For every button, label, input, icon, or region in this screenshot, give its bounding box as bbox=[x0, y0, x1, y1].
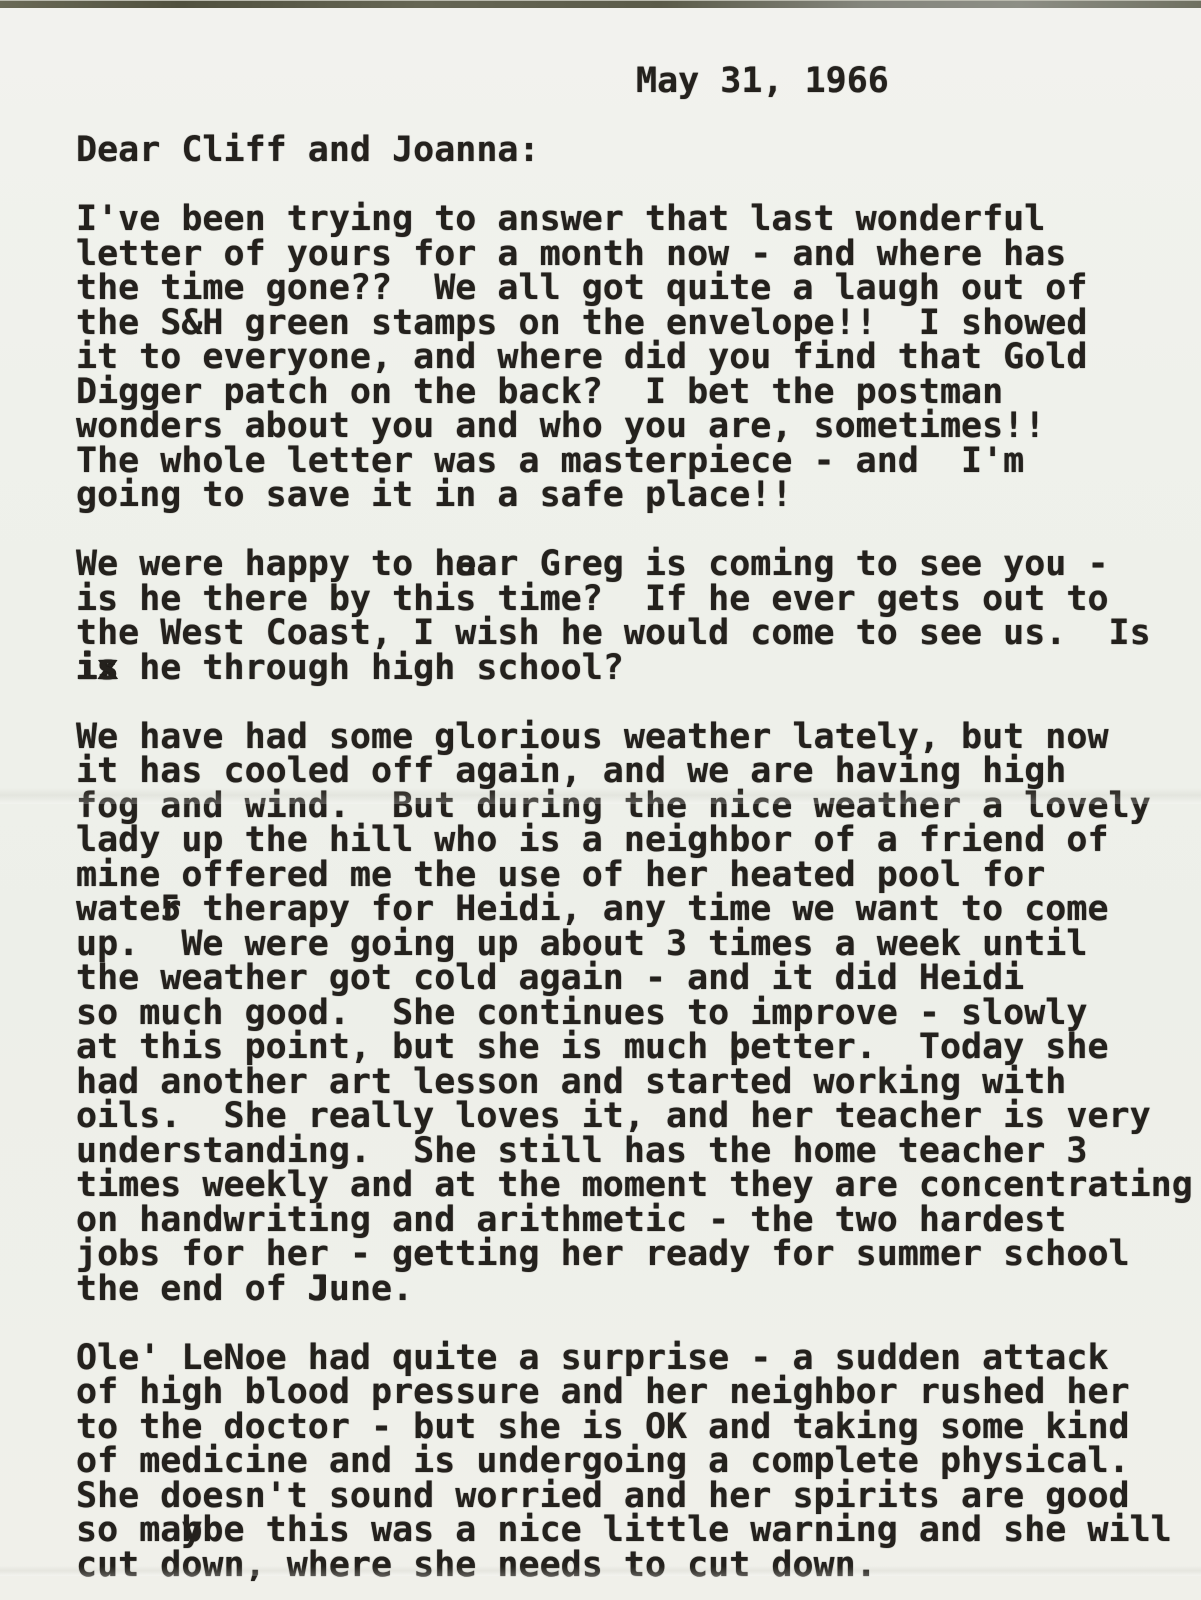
letter-line: lady up the hill who is a neighbor of a … bbox=[76, 823, 1201, 858]
letter-line: it has cooled off again, and we are havi… bbox=[76, 754, 1201, 789]
letter-line: wonders about you and who you are, somet… bbox=[76, 409, 1201, 444]
letter-line: Digger patch on the back? I bet the post… bbox=[76, 375, 1201, 410]
letter-line: She doesn't sound worried and her spirit… bbox=[76, 1479, 1201, 1514]
overstrike-correction: ea bbox=[455, 547, 476, 582]
letter-line: so maybbe this was a nice little warning… bbox=[76, 1513, 1201, 1548]
letter-line: fog and wind. But during the nice weathe… bbox=[76, 789, 1201, 824]
letter-line: times weekly and at the moment they are … bbox=[76, 1168, 1201, 1203]
letter-line: of high blood pressure and her neighbor … bbox=[76, 1375, 1201, 1410]
letter-line: the time gone?? We all got quite a laugh… bbox=[76, 271, 1201, 306]
letter-line: understanding. She still has the home te… bbox=[76, 1134, 1201, 1169]
letter-line: had another art lesson and started worki… bbox=[76, 1065, 1201, 1100]
letter-line: mine offered me the use of her heated po… bbox=[76, 858, 1201, 893]
letter-page: May 31, 1966 Dear Cliff and Joanna: I've… bbox=[0, 8, 1201, 1600]
paragraph: I've been trying to answer that last won… bbox=[76, 202, 1201, 513]
paragraph: We have had some glorious weather lately… bbox=[76, 720, 1201, 1307]
letter-line: going to save it in a safe place!! bbox=[76, 478, 1201, 513]
letter-body: I've been trying to answer that last won… bbox=[76, 202, 1201, 1582]
letter-line: it to everyone, and where did you find t… bbox=[76, 340, 1201, 375]
letter-line: letter of yours for a month now - and wh… bbox=[76, 237, 1201, 272]
date-line: May 31, 1966 bbox=[636, 64, 1201, 99]
paragraph: Ole' LeNoe had quite a surprise - a sudd… bbox=[76, 1341, 1201, 1583]
overstrike-correction: yb bbox=[181, 1513, 202, 1548]
letter-line: The whole letter was a masterpiece - and… bbox=[76, 444, 1201, 479]
scan-edge-strip bbox=[0, 0, 1201, 8]
letter-line: We were happy to heaar Greg is coming to… bbox=[76, 547, 1201, 582]
letter-line: the West Coast, I wish he would come to … bbox=[76, 616, 1201, 651]
letter-line: so much good. She continues to improve -… bbox=[76, 996, 1201, 1031]
letter-line: is he there by this time? If he ever get… bbox=[76, 582, 1201, 617]
letter-line: at this point, but she is much bpetter. … bbox=[76, 1030, 1201, 1065]
salutation: Dear Cliff and Joanna: bbox=[76, 133, 1201, 168]
letter-line: Ole' LeNoe had quite a surprise - a sudd… bbox=[76, 1341, 1201, 1376]
double-struck-text: i bbox=[76, 648, 97, 688]
letter-line: We have had some glorious weather lately… bbox=[76, 720, 1201, 755]
double-struck-text: J bbox=[308, 1269, 329, 1309]
overstrike-correction: r5 bbox=[160, 892, 181, 927]
letter-line: of medicine and is undergoing a complete… bbox=[76, 1444, 1201, 1479]
paragraph: We were happy to heaar Greg is coming to… bbox=[76, 547, 1201, 685]
letter-line: cut down, where she needs to cut down. bbox=[76, 1548, 1201, 1583]
letter-line: oils. She really loves it, and her teach… bbox=[76, 1099, 1201, 1134]
letter-line: the weather got cold again - and it did … bbox=[76, 961, 1201, 996]
overstrike-correction: xs bbox=[97, 651, 118, 686]
letter-line: up. We were going up about 3 times a wee… bbox=[76, 927, 1201, 962]
letter-line: the S&H green stamps on the envelope!! I… bbox=[76, 306, 1201, 341]
letter-line: jobs for her - getting her ready for sum… bbox=[76, 1237, 1201, 1272]
letter-line: I've been trying to answer that last won… bbox=[76, 202, 1201, 237]
overstrike-correction: bp bbox=[729, 1030, 750, 1065]
letter-line: on handwriting and arithmetic - the two … bbox=[76, 1203, 1201, 1238]
letter-line: to the doctor - but she is OK and taking… bbox=[76, 1410, 1201, 1445]
letter-line: the end of June. bbox=[76, 1272, 1201, 1307]
letter-line: ixs he through high school? bbox=[76, 651, 1201, 686]
letter-line: water5 therapy for Heidi, any time we wa… bbox=[76, 892, 1201, 927]
